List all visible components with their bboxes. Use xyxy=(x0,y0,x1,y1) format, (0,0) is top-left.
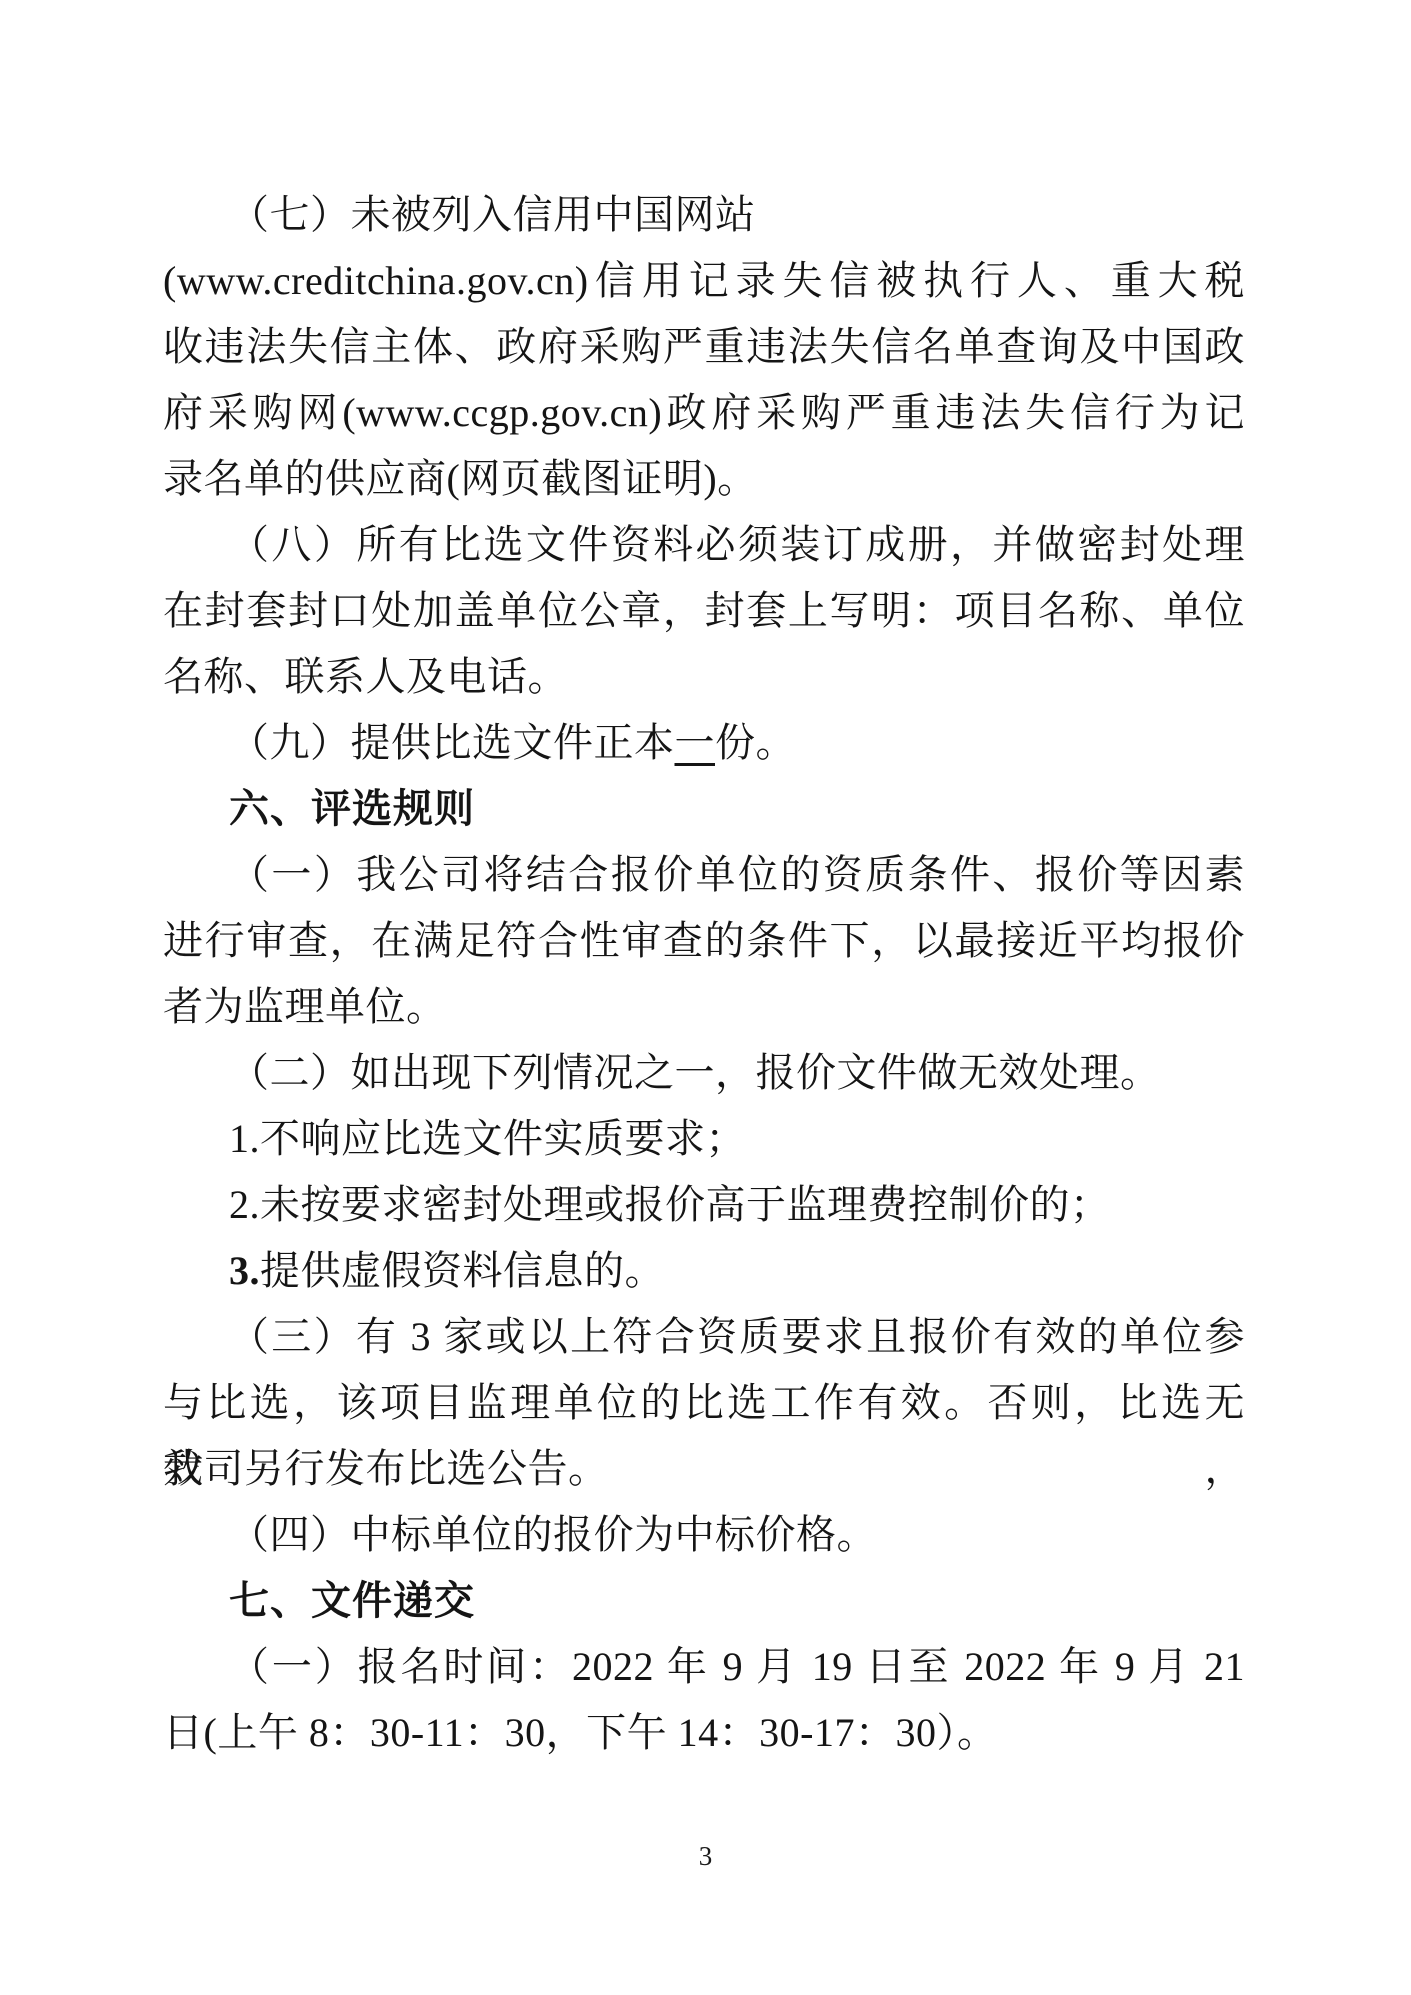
text-line: （八）所有比选文件资料必须装订成册，并做密封处理 xyxy=(163,512,1245,578)
text-run: 在封套封口处加盖单位公章，封套上写明：项目名称、单位 xyxy=(163,588,1245,633)
text-line: 3.提供虚假资料信息的。 xyxy=(163,1238,1245,1304)
section-heading: 七、文件递交 xyxy=(163,1568,1245,1634)
text-run: 2.未按要求密封处理或报价高于监理费控制价的； xyxy=(229,1182,1111,1227)
text-line: （一）我公司将结合报价单位的资质条件、报价等因素 xyxy=(163,842,1245,908)
document-body: （七）未被列入信用中国网站(www.creditchina.gov.cn)信用记… xyxy=(163,182,1245,1766)
text-run: 者为监理单位。 xyxy=(163,984,447,1029)
text-run: 一 xyxy=(675,720,716,765)
text-run: 府采购网(www.ccgp.gov.cn)政府采购严重违法失信行为记 xyxy=(163,390,1245,435)
text-line: 者为监理单位。 xyxy=(163,974,1245,1040)
text-line: 录名单的供应商(网页截图证明)。 xyxy=(163,446,1245,512)
document-page: （七）未被列入信用中国网站(www.creditchina.gov.cn)信用记… xyxy=(0,0,1411,1995)
text-run: 份。 xyxy=(715,720,796,765)
text-run: 1.不响应比选文件实质要求； xyxy=(229,1116,746,1161)
text-run: 进行审查，在满足符合性审查的条件下，以最接近平均报价 xyxy=(163,918,1245,963)
text-line: （九）提供比选文件正本一份。 xyxy=(163,710,1245,776)
text-line: (www.creditchina.gov.cn)信用记录失信被执行人、重大税 xyxy=(163,248,1245,314)
text-run: 六、评选规则 xyxy=(229,787,475,831)
text-run: 名称、联系人及电话。 xyxy=(163,654,568,699)
text-line: 名称、联系人及电话。 xyxy=(163,644,1245,710)
text-run: （七）未被列入信用中国网站 xyxy=(229,192,756,237)
text-line: （四）中标单位的报价为中标价格。 xyxy=(163,1502,1245,1568)
text-line: 在封套封口处加盖单位公章，封套上写明：项目名称、单位 xyxy=(163,578,1245,644)
text-run: （八）所有比选文件资料必须装订成册，并做密封处理 xyxy=(229,522,1245,567)
text-run: （一）报名时间：2022 年 9 月 19 日至 2022 年 9 月 21 xyxy=(229,1644,1245,1689)
text-run: （二）如出现下列情况之一，报价文件做无效处理。 xyxy=(229,1050,1161,1095)
text-run: (www.creditchina.gov.cn)信用记录失信被执行人、重大税 xyxy=(163,258,1245,303)
text-line: （三）有 3 家或以上符合资质要求且报价有效的单位参 xyxy=(163,1304,1245,1370)
text-line: 府采购网(www.ccgp.gov.cn)政府采购严重违法失信行为记 xyxy=(163,380,1245,446)
text-line: 收违法失信主体、政府采购严重违法失信名单查询及中国政 xyxy=(163,314,1245,380)
section-heading: 六、评选规则 xyxy=(163,776,1245,842)
text-line: （七）未被列入信用中国网站 xyxy=(163,182,1245,248)
page-number: 3 xyxy=(0,1836,1411,1876)
text-run: 我司另行发布比选公告。 xyxy=(163,1446,609,1491)
text-line: 进行审查，在满足符合性审查的条件下，以最接近平均报价 xyxy=(163,908,1245,974)
text-run: 3. xyxy=(229,1248,260,1293)
text-run: （三）有 3 家或以上符合资质要求且报价有效的单位参 xyxy=(229,1314,1245,1359)
text-run: 录名单的供应商(网页截图证明)。 xyxy=(163,456,758,501)
text-run: 七、文件递交 xyxy=(229,1579,475,1623)
text-line: 与比选，该项目监理单位的比选工作有效。否则，比选无效， xyxy=(163,1370,1245,1436)
text-line: 2.未按要求密封处理或报价高于监理费控制价的； xyxy=(163,1172,1245,1238)
text-run: 日(上午 8：30-11：30，下午 14：30-17：30）。 xyxy=(163,1710,997,1755)
text-run: （四）中标单位的报价为中标价格。 xyxy=(229,1512,877,1557)
text-line: （一）报名时间：2022 年 9 月 19 日至 2022 年 9 月 21 xyxy=(163,1634,1245,1700)
text-run: 收违法失信主体、政府采购严重违法失信名单查询及中国政 xyxy=(163,324,1245,369)
text-line: （二）如出现下列情况之一，报价文件做无效处理。 xyxy=(163,1040,1245,1106)
text-line: 日(上午 8：30-11：30，下午 14：30-17：30）。 xyxy=(163,1700,1245,1766)
text-run: （一）我公司将结合报价单位的资质条件、报价等因素 xyxy=(229,852,1245,897)
text-run: （九）提供比选文件正本 xyxy=(229,720,675,765)
text-line: 1.不响应比选文件实质要求； xyxy=(163,1106,1245,1172)
text-run: 提供虚假资料信息的。 xyxy=(260,1248,665,1293)
